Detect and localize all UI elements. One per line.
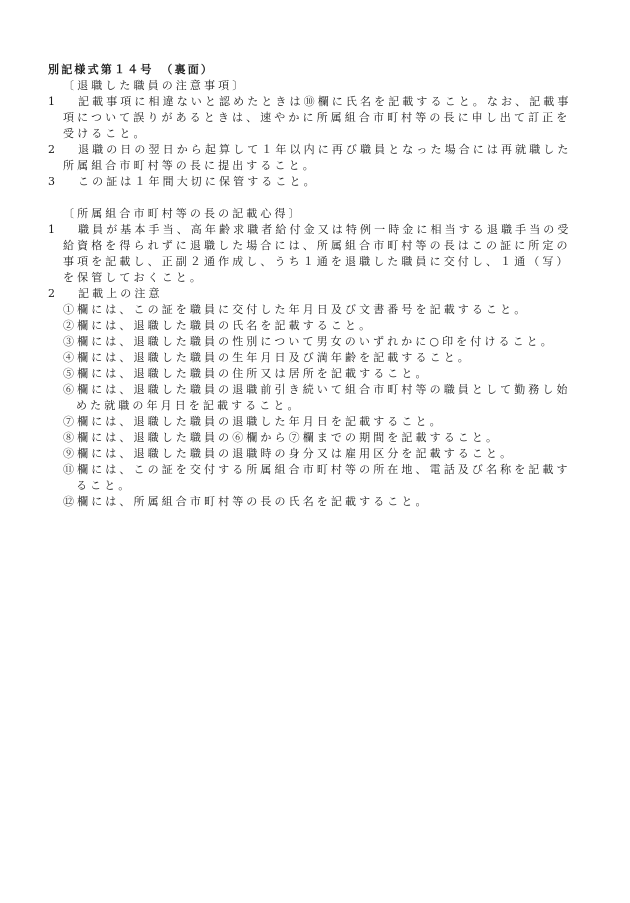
note-8: ⑧欄には、退職した職員の⑥欄から⑦欄までの期間を記載すること。 — [63, 430, 500, 446]
section2-heading: 〔所属組合市町村等の長の記載心得〕 — [63, 206, 303, 222]
note-6-cont: めた就職の年月日を記載すること。 — [76, 398, 302, 414]
item-text: を保管しておくこと。 — [63, 270, 204, 286]
item-text: 所属組合市町村等の長に提出すること。 — [63, 158, 317, 174]
note-9: ⑨欄には、退職した職員の退職時の身分又は雇用区分を記載すること。 — [63, 446, 514, 462]
note-6: ⑥欄には、退職した職員の退職前引き続いて組合市町村等の職員として勤務し始 — [63, 382, 571, 398]
document-page: 別記様式第１４号 （裏面） 〔退職した職員の注意事項〕 1 記載事項に相違ないと… — [0, 0, 630, 903]
note-4: ④欄には、退職した職員の生年月日及び満年齢を記載すること。 — [63, 350, 472, 366]
note-5: ⑤欄には、退職した職員の住所又は居所を記載すること。 — [63, 366, 430, 382]
item-text: 事項を記載し、正副２通作成し、うち１通を退職した職員に交付し、１通（写） — [63, 254, 571, 270]
note-7: ⑦欄には、退職した職員の退職した年月日を記載すること。 — [63, 414, 444, 430]
note-3: ③欄には、退職した職員の性別について男女のいずれかに○印を付けること。 — [63, 334, 555, 350]
item-text: 記載上の注意 — [78, 286, 163, 302]
item-text: 項について誤りがあるときは、速やかに所属組合市町村等の長に申し出て訂正を — [63, 110, 570, 126]
item-number: 1 — [48, 94, 55, 110]
note-11: ⑪欄には、この証を交付する所属組合市町村等の所在地、電話及び名称を記載す — [63, 462, 571, 478]
section1-heading: 〔退職した職員の注意事項〕 — [63, 78, 246, 94]
item-number: 2 — [48, 286, 55, 302]
note-2: ②欄には、退職した職員の氏名を記載すること。 — [63, 318, 373, 334]
item-number: 1 — [48, 222, 55, 238]
item-text: 受けること。 — [63, 126, 148, 142]
item-text: 記載事項に相違ないと認めたときは⑩欄に氏名を記載すること。なお、記載事 — [78, 94, 572, 110]
note-11-cont: ること。 — [76, 478, 132, 494]
item-text: 給資格を得られずに退職した場合には、所属組合市町村等の長はこの証に所定の — [63, 238, 571, 254]
form-title: 別記様式第１４号 （裏面） — [48, 62, 214, 78]
item-text: 退職の日の翌日から起算して１年以内に再び職員となった場合には再就職した — [78, 142, 572, 158]
item-number: 2 — [48, 142, 55, 158]
note-12: ⑫欄には、所属組合市町村等の長の氏名を記載すること。 — [63, 494, 430, 510]
item-text: 職員が基本手当、高年齢求職者給付金又は特例一時金に相当する退職手当の受 — [78, 222, 572, 238]
note-1: ①欄には、この証を職員に交付した年月日及び文書番号を記載すること。 — [63, 302, 528, 318]
item-number: 3 — [48, 174, 55, 190]
item-text: この証は１年間大切に保管すること。 — [78, 174, 318, 190]
